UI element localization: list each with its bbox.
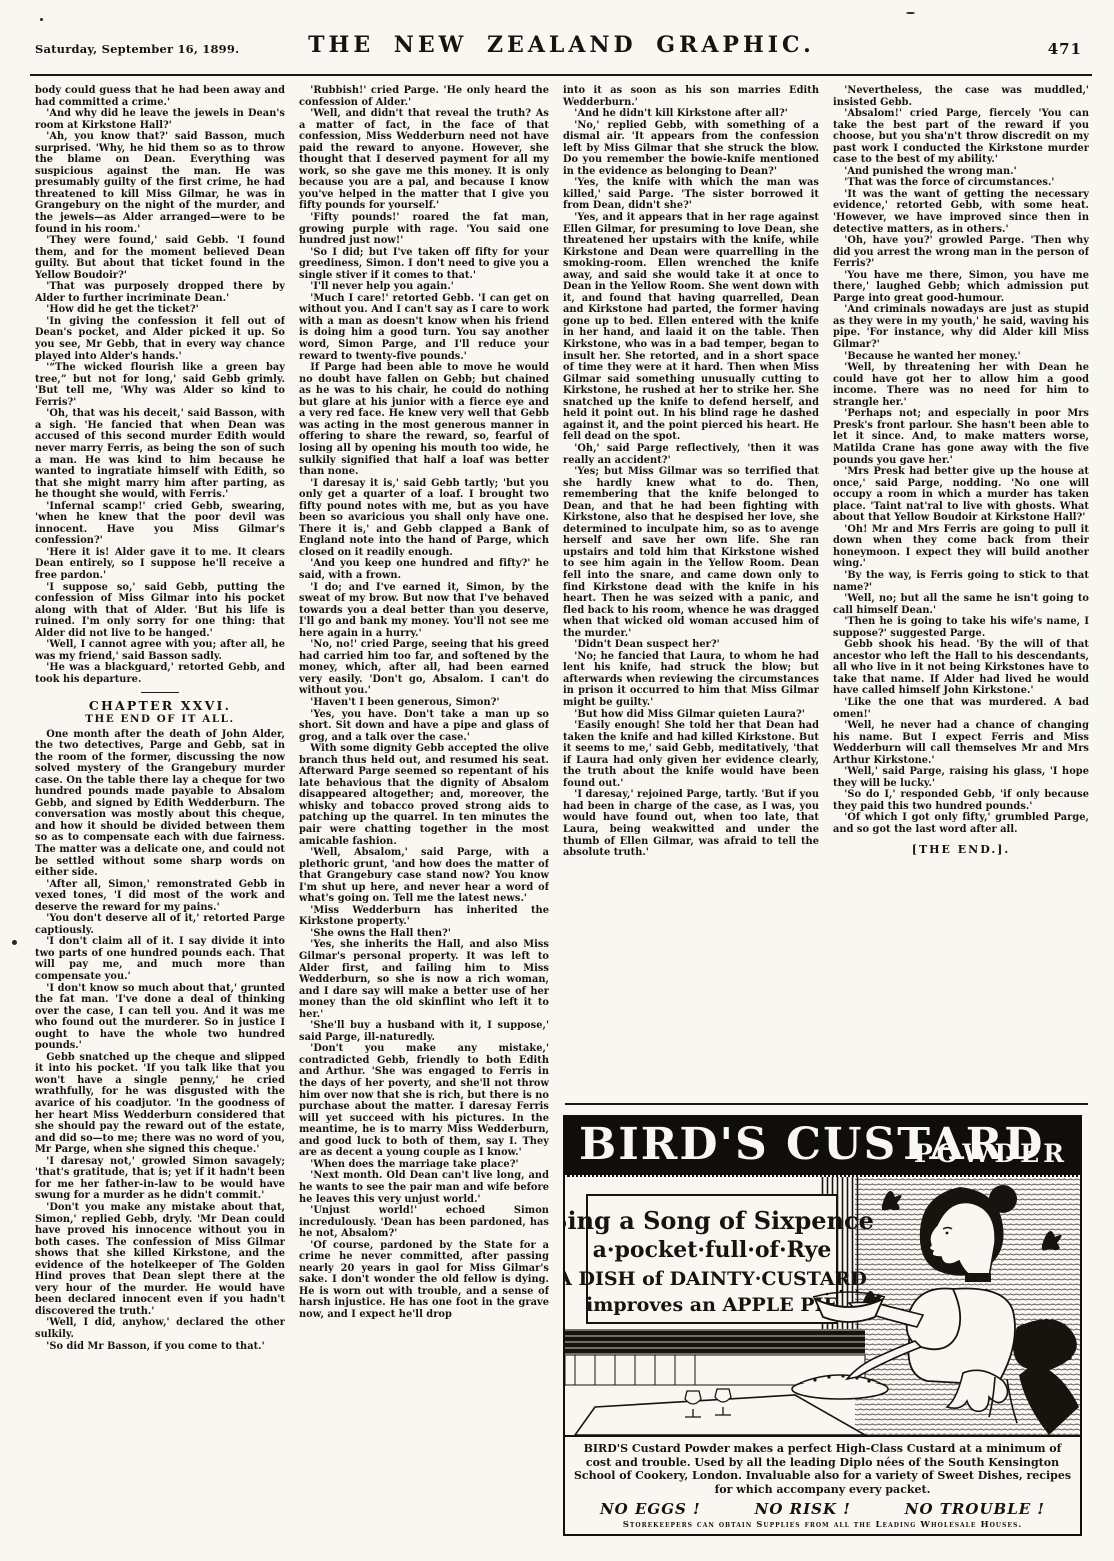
story-paragraph: body could guess that he had been away a… (35, 85, 285, 108)
story-paragraph: 'How did he get the ticket?' (35, 304, 285, 316)
right-columns: into it as soon as his son marries Edith… (563, 85, 1090, 1089)
ad-illustration: Sing a Song of Sixpence a·pocket·full·of… (565, 1177, 1080, 1435)
chapter-heading: CHAPTER XXVI. (35, 700, 285, 712)
story-paragraph: 'Yes, she inherits the Hall, and also Mi… (299, 939, 549, 1020)
story-paragraph: 'Perhaps not; and especially in poor Mrs… (833, 408, 1089, 466)
ad-banner: BIRD'S CUSTARD POWDER (565, 1117, 1080, 1177)
story-paragraph: 'I daresay,' rejoined Parge, tartly. 'Bu… (563, 789, 819, 858)
story-paragraph: 'By the way, is Ferris going to stick to… (833, 570, 1089, 593)
story-paragraph: 'Miss Wedderburn has inherited the Kirks… (299, 905, 549, 928)
the-end-marker: [THE END.]. (833, 844, 1089, 856)
sideboard (565, 1329, 865, 1355)
story-paragraph: 'Well, and didn't that reveal the truth?… (299, 108, 549, 212)
story-paragraph: 'Mrs Presk had better give up the house … (833, 466, 1089, 524)
story-paragraph: 'Then he is going to take his wife's nam… (833, 616, 1089, 639)
story-paragraph: 'I don't know so much about that,' grunt… (35, 983, 285, 1052)
story-paragraph: 'You have me there, Simon, you have me t… (833, 270, 1089, 305)
ad-footer-text: Storekeepers can obtain Supplies from al… (573, 1520, 1072, 1530)
page-title: THE NEW ZEALAND GRAPHIC. (35, 32, 1088, 58)
story-paragraph: 'I suppose so,' said Gebb, putting the c… (35, 582, 285, 640)
story-paragraph: 'After all, Simon,' remonstrated Gebb in… (35, 879, 285, 914)
story-paragraph: 'Yes, the knife with which the man was k… (563, 177, 819, 212)
story-paragraph: 'Oh! Mr and Mrs Ferris are going to pull… (833, 524, 1089, 570)
masthead: Saturday, September 16, 1899. THE NEW ZE… (35, 30, 1088, 72)
story-paragraph: With some dignity Gebb accepted the oliv… (299, 743, 549, 847)
story-paragraph: 'Of course, pardoned by the State for a … (299, 1240, 549, 1321)
story-paragraph: 'Much I care!' retorted Gebb. 'I can get… (299, 293, 549, 362)
slogan-no-trouble: NO TROUBLE ! (905, 1500, 1045, 1518)
slogan-no-eggs: NO EGGS ! (600, 1500, 701, 1518)
story-paragraph: 'So did Mr Basson, if you come to that.' (35, 1341, 285, 1353)
story-paragraph: 'They were found,' said Gebb. 'I found t… (35, 235, 285, 281)
story-paragraph: 'In giving the confession it fell out of… (35, 316, 285, 362)
story-paragraph: 'Well, no; but all the same he isn't goi… (833, 593, 1089, 616)
story-paragraph: 'No, no!' cried Parge, seeing that his g… (299, 639, 549, 697)
story-paragraph: 'I do; and I've earned it, Simon, by the… (299, 582, 549, 640)
story-paragraph: 'Haven't I been generous, Simon?' (299, 697, 549, 709)
story-paragraph: 'She'll buy a husband with it, I suppose… (299, 1020, 549, 1043)
story-paragraph: 'Well,' said Parge, raising his glass, '… (833, 766, 1089, 789)
rhyme-line-4: improves an APPLE PIE (586, 1294, 838, 1316)
story-paragraph: 'Nevertheless, the case was muddled,' in… (833, 85, 1089, 108)
chapter-subheading: THE END OF IT ALL. (35, 714, 285, 726)
section-divider (141, 692, 179, 693)
story-paragraph: 'He was a blackguard,' retorted Gebb, an… (35, 662, 285, 685)
story-paragraph: 'I daresay it is,' said Gebb tartly; 'bu… (299, 478, 549, 559)
story-paragraph: 'It was the want of getting the necessar… (833, 189, 1089, 235)
story-paragraph: Gebb shook his head. 'By the will of tha… (833, 639, 1089, 697)
ad-brand-suffix: POWDER (914, 1139, 1068, 1168)
story-paragraph: 'I'll never help you again.' (299, 281, 549, 293)
story-paragraph: 'So I did; but I've taken off fifty for … (299, 247, 549, 282)
story-paragraph: 'Well, by threatening her with Dean he c… (833, 362, 1089, 408)
ad-slogans: NO EGGS ! NO RISK ! NO TROUBLE ! (573, 1500, 1072, 1518)
story-paragraph: 'And criminals nowadays are just as stup… (833, 304, 1089, 350)
story-paragraph: One month after the death of John Alder,… (35, 729, 285, 879)
story-paragraph: 'Yes; but Miss Gilmar was so terrified t… (563, 466, 819, 639)
story-paragraph: 'And he didn't kill Kirkstone after all?… (563, 108, 819, 120)
right-half: into it as soon as his son marries Edith… (563, 85, 1090, 1547)
choker (965, 1273, 991, 1282)
story-paragraph: 'Next month. Old Dean can't live long, a… (299, 1170, 549, 1205)
story-paragraph: 'You don't deserve all of it,' retorted … (35, 913, 285, 936)
story-paragraph: 'No; he fancied that Laura, to whom he h… (563, 651, 819, 709)
story-column-4: 'Nevertheless, the case was muddled,' in… (833, 85, 1089, 1089)
hair-bun (989, 1185, 1017, 1213)
story-paragraph: 'Infernal scamp!' cried Gebb, swearing, … (35, 501, 285, 547)
story-paragraph: 'Fifty pounds!' roared the fat man, grow… (299, 212, 549, 247)
story-paragraph: 'Easily enough! She told her that Dean h… (563, 720, 819, 789)
masthead-rule (30, 74, 1092, 76)
story-paragraph: 'And you keep one hundred and fifty?' he… (299, 558, 549, 581)
story-paragraph: 'Of which I got only fifty,' grumbled Pa… (833, 812, 1089, 835)
page-number: 471 (1048, 40, 1082, 58)
story-paragraph: 'Unjust world!' echoed Simon incredulous… (299, 1205, 549, 1240)
story-paragraph: 'That was purposely dropped there by Ald… (35, 281, 285, 304)
story-paragraph: 'Well, Absalom,' said Parge, with a plet… (299, 847, 549, 905)
rhyme-line-1: Sing a Song of Sixpence (565, 1206, 874, 1235)
story-paragraph: 'Well, I did, anyhow,' declared the othe… (35, 1317, 285, 1340)
ad-body-text: BIRD'S Custard Powder makes a perfect Hi… (573, 1442, 1072, 1496)
story-paragraph: 'Don't you make any mistake,' contradict… (299, 1043, 549, 1158)
slogan-no-risk: NO RISK ! (755, 1500, 851, 1518)
rhyme-line-2: a·pocket·full·of·Rye (593, 1237, 832, 1263)
story-paragraph: 'Oh,' said Parge reflectively, 'then it … (563, 443, 819, 466)
story-paragraph: If Parge had been able to move he would … (299, 362, 549, 477)
story-column-1: body could guess that he had been away a… (35, 85, 285, 1545)
print-speck (12, 940, 17, 945)
story-column-3: into it as soon as his son marries Edith… (563, 85, 819, 1089)
story-paragraph: 'Didn't Dean suspect her?' (563, 639, 819, 651)
birds-custard-ad: BIRD'S CUSTARD POWDER (563, 1115, 1082, 1536)
story-paragraph: 'When does the marriage take place?' (299, 1159, 549, 1171)
story-paragraph: 'And punished the wrong man.' (833, 166, 1089, 178)
story-paragraph: Gebb snatched up the cheque and slipped … (35, 1052, 285, 1156)
story-paragraph: 'Here it is! Alder gave it to me. It cle… (35, 547, 285, 582)
story-paragraph: 'Because he wanted her money.' (833, 351, 1089, 363)
story-paragraph: 'Rubbish!' cried Parge. 'He only heard t… (299, 85, 549, 108)
story-paragraph: 'I don't claim all of it. I say divide i… (35, 936, 285, 982)
story-paragraph: 'Absalom!' cried Parge, fiercely 'You ca… (833, 108, 1089, 166)
story-paragraph: 'Oh, have you?' growled Parge. 'Then why… (833, 235, 1089, 270)
story-paragraph: 'Ah, you know that?' said Basson, much s… (35, 131, 285, 235)
left-columns: body could guess that he had been away a… (35, 85, 549, 1545)
story-paragraph: 'No,' replied Gebb, with something of a … (563, 120, 819, 178)
story-paragraph: 'But how did Miss Gilmar quieten Laura?' (563, 709, 819, 721)
print-speck (906, 12, 915, 14)
story-paragraph: 'Well, he never had a chance of changing… (833, 720, 1089, 766)
story-paragraph: '“The wicked flourish like a green bay t… (35, 362, 285, 408)
story-paragraph: 'So do I,' responded Gebb, 'if only beca… (833, 789, 1089, 812)
ad-textbox: BIRD'S Custard Powder makes a perfect Hi… (565, 1435, 1080, 1534)
print-speck (40, 18, 43, 21)
story-paragraph: 'She owns the Hall then?' (299, 928, 549, 940)
story-paragraph: 'Like the one that was murdered. A bad o… (833, 697, 1089, 720)
story-paragraph: 'Yes, and it appears that in her rage ag… (563, 212, 819, 443)
story-paragraph: 'Yes, you have. Don't take a man up so s… (299, 709, 549, 744)
story-paragraph: 'Don't you make any mistake about that, … (35, 1202, 285, 1317)
newspaper-page: Saturday, September 16, 1899. THE NEW ZE… (0, 0, 1114, 1561)
story-paragraph: 'Well, I cannot agree with you; after al… (35, 639, 285, 662)
rhyme-line-3: A DISH of DAINTY·CUSTARD (565, 1268, 867, 1290)
ad-separator-rule (565, 1103, 1088, 1105)
story-paragraph: 'That was the force of circumstances.' (833, 177, 1089, 189)
story-paragraph: into it as soon as his son marries Edith… (563, 85, 819, 108)
story-paragraph: 'Oh, that was his deceit,' said Basson, … (35, 408, 285, 500)
story-paragraph: 'And why did he leave the jewels in Dean… (35, 108, 285, 131)
story-column-2: 'Rubbish!' cried Parge. 'He only heard t… (299, 85, 549, 1545)
story-paragraph: 'I daresay not,' growled Simon savagely;… (35, 1156, 285, 1202)
story-content: body could guess that he had been away a… (35, 85, 1090, 1547)
